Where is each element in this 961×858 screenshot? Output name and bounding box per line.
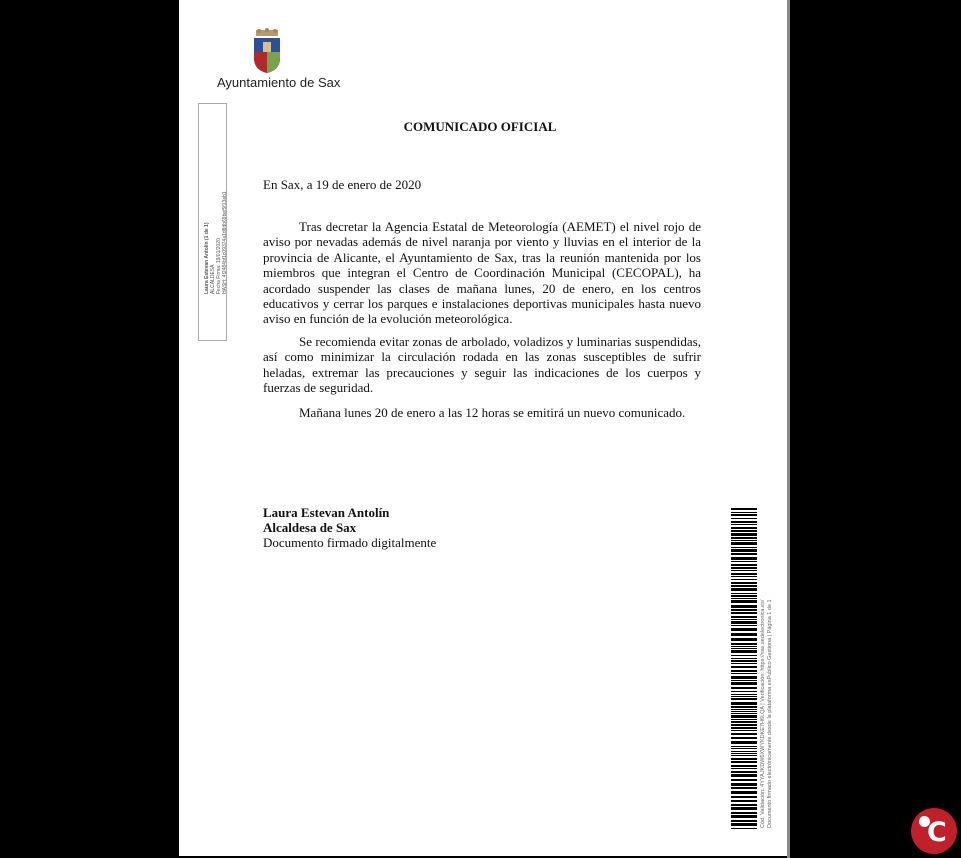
paragraph-2: Se recomienda evitar zonas de arbolado, … <box>263 334 701 396</box>
watermark-letter: C <box>927 820 951 846</box>
coat-of-arms-icon <box>250 28 284 74</box>
page-edge-shadow <box>787 0 790 858</box>
watermark-logo: C <box>911 808 957 854</box>
signature-stamp: Laura Estevan Antolín (1 de 1) ALCALDESA… <box>198 103 227 341</box>
organization-name: Ayuntamiento de Sax <box>217 75 340 90</box>
signer-role: Alcaldesa de Sax <box>263 520 436 535</box>
barcode-icon <box>731 508 757 830</box>
paragraph-1: Tras decretar la Agencia Estatal de Mete… <box>263 219 701 327</box>
signer-block: Laura Estevan Antolín Alcaldesa de Sax D… <box>263 505 436 550</box>
signature-stamp-text: Laura Estevan Antolín (1 de 1) ALCALDESA… <box>204 64 228 294</box>
document-title: COMUNICADO OFICIAL <box>380 119 580 135</box>
signature-note: Documento firmado digitalmente <box>263 535 436 550</box>
date-line: En Sax, a 19 de enero de 2020 <box>263 177 421 193</box>
paragraph-3: Mañana lunes 20 de enero a las 12 horas … <box>263 405 701 420</box>
validation-text: Cód. Validación: 4YYAJKDW6XWYKDKE7H6LQA … <box>760 508 774 828</box>
signer-name: Laura Estevan Antolín <box>263 505 436 520</box>
